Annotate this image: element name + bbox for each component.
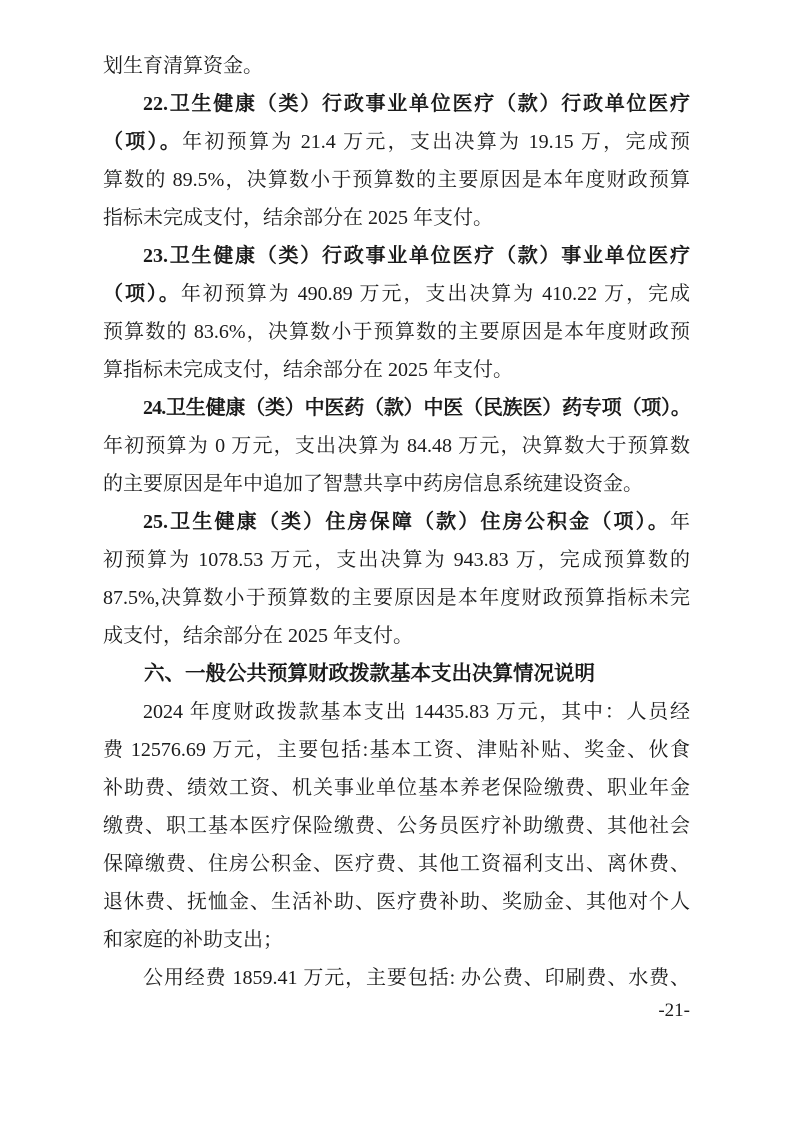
text-block: 划生育清算资金。22.卫生健康（类）行政事业单位医疗（款）行政单位医疗（项）。年… [103,47,690,997]
text-line: 指标未完成支付，结余部分在 2025 年支付。 [103,199,690,237]
text-segment: 2024 年度财政拨款基本支出 14435.83 万元，其中：人员经 [143,701,690,723]
bold-text-segment: 23.卫生健康（类）行政事业单位医疗（款）事业单位医疗 [143,245,690,267]
text-segment: 的主要原因是年中追加了智慧共享中药房信息系统建设资金。 [103,473,643,495]
text-segment: 公用经费 1859.41 万元，主要包括: 办公费、印刷费、水费、 [143,967,690,989]
text-segment: 费 12576.69 万元，主要包括:基本工资、津贴补贴、奖金、伙食 [103,739,690,761]
text-line: 划生育清算资金。 [103,47,690,85]
text-line: 23.卫生健康（类）行政事业单位医疗（款）事业单位医疗 [103,237,690,275]
text-line: （项）。年初预算为 21.4 万元，支出决算为 19.15 万，完成预 [103,123,690,161]
text-segment: 六、一般公共预算财政拨款基本支出决算情况说明 [144,662,595,685]
text-line: 2024 年度财政拨款基本支出 14435.83 万元，其中：人员经 [103,693,690,731]
document-page: 划生育清算资金。22.卫生健康（类）行政事业单位医疗（款）行政单位医疗（项）。年… [0,0,793,1122]
text-line: 保障缴费、住房公积金、医疗费、其他工资福利支出、离休费、 [103,845,690,883]
text-segment: 缴费、职工基本医疗保险缴费、公务员医疗补助缴费、其他社会 [103,815,690,837]
bold-text-segment: 25.卫生健康（类）住房保障（款）住房公积金（项）。 [143,511,670,533]
text-line: 算数的 89.5%，决算数小于预算数的主要原因是本年度财政预算 [103,161,690,199]
text-segment: 划生育清算资金。 [103,55,263,77]
text-line: 退休费、抚恤金、生活补助、医疗费补助、奖励金、其他对个人 [103,883,690,921]
text-segment: 初预算为 1078.53 万元，支出决算为 943.83 万，完成预算数的 [103,549,690,571]
text-segment: 保障缴费、住房公积金、医疗费、其他工资福利支出、离休费、 [103,853,690,875]
bold-text-segment: （项）。 [103,131,182,153]
text-segment: 87.5%,决算数小于预算数的主要原因是本年度财政预算指标未完 [103,587,690,609]
text-line: 22.卫生健康（类）行政事业单位医疗（款）行政单位医疗 [103,85,690,123]
text-line: 和家庭的补助支出； [103,921,690,959]
text-line: 的主要原因是年中追加了智慧共享中药房信息系统建设资金。 [103,465,690,503]
text-line: 补助费、绩效工资、机关事业单位基本养老保险缴费、职业年金 [103,769,690,807]
text-line: 缴费、职工基本医疗保险缴费、公务员医疗补助缴费、其他社会 [103,807,690,845]
text-line: 公用经费 1859.41 万元，主要包括: 办公费、印刷费、水费、 [103,959,690,997]
text-segment: 算指标未完成支付，结余部分在 2025 年支付。 [103,359,513,381]
text-segment: 年初预算为 0 万元，支出决算为 84.48 万元，决算数大于预算数 [103,435,690,457]
text-line: 成支付，结余部分在 2025 年支付。 [103,617,690,655]
text-line: 24.卫生健康（类）中医药（款）中医（民族医）药专项（项）。 [103,389,690,427]
text-line: 初预算为 1078.53 万元，支出决算为 943.83 万，完成预算数的 [103,541,690,579]
text-line: 算指标未完成支付，结余部分在 2025 年支付。 [103,351,690,389]
text-segment: 预算数的 83.6%，决算数小于预算数的主要原因是本年度财政预 [103,321,690,343]
bold-text-segment: 24.卫生健康（类）中医药（款）中医（民族医）药专项（项）。 [143,397,690,419]
text-line: 预算数的 83.6%，决算数小于预算数的主要原因是本年度财政预 [103,313,690,351]
text-line: （项）。年初预算为 490.89 万元，支出决算为 410.22 万，完成 [103,275,690,313]
text-segment: 退休费、抚恤金、生活补助、医疗费补助、奖励金、其他对个人 [103,891,690,913]
section-heading: 六、一般公共预算财政拨款基本支出决算情况说明 [103,655,690,693]
text-segment: 算数的 89.5%，决算数小于预算数的主要原因是本年度财政预算 [103,169,690,191]
text-line: 年初预算为 0 万元，支出决算为 84.48 万元，决算数大于预算数 [103,427,690,465]
text-line: 25.卫生健康（类）住房保障（款）住房公积金（项）。年 [103,503,690,541]
bold-text-segment: 22.卫生健康（类）行政事业单位医疗（款）行政单位医疗 [143,93,690,115]
text-segment: 年 [670,511,690,533]
page-number: -21- [103,999,690,1023]
text-segment: 年初预算为 21.4 万元，支出决算为 19.15 万，完成预 [182,131,690,153]
text-segment: 补助费、绩效工资、机关事业单位基本养老保险缴费、职业年金 [103,777,690,799]
text-line: 费 12576.69 万元，主要包括:基本工资、津贴补贴、奖金、伙食 [103,731,690,769]
text-segment: 年初预算为 490.89 万元，支出决算为 410.22 万，完成 [181,283,690,305]
text-segment: 和家庭的补助支出； [103,929,283,951]
text-line: 87.5%,决算数小于预算数的主要原因是本年度财政预算指标未完 [103,579,690,617]
text-segment: 指标未完成支付，结余部分在 2025 年支付。 [103,207,493,229]
text-segment: 成支付，结余部分在 2025 年支付。 [103,625,413,647]
bold-text-segment: （项）。 [103,283,181,305]
